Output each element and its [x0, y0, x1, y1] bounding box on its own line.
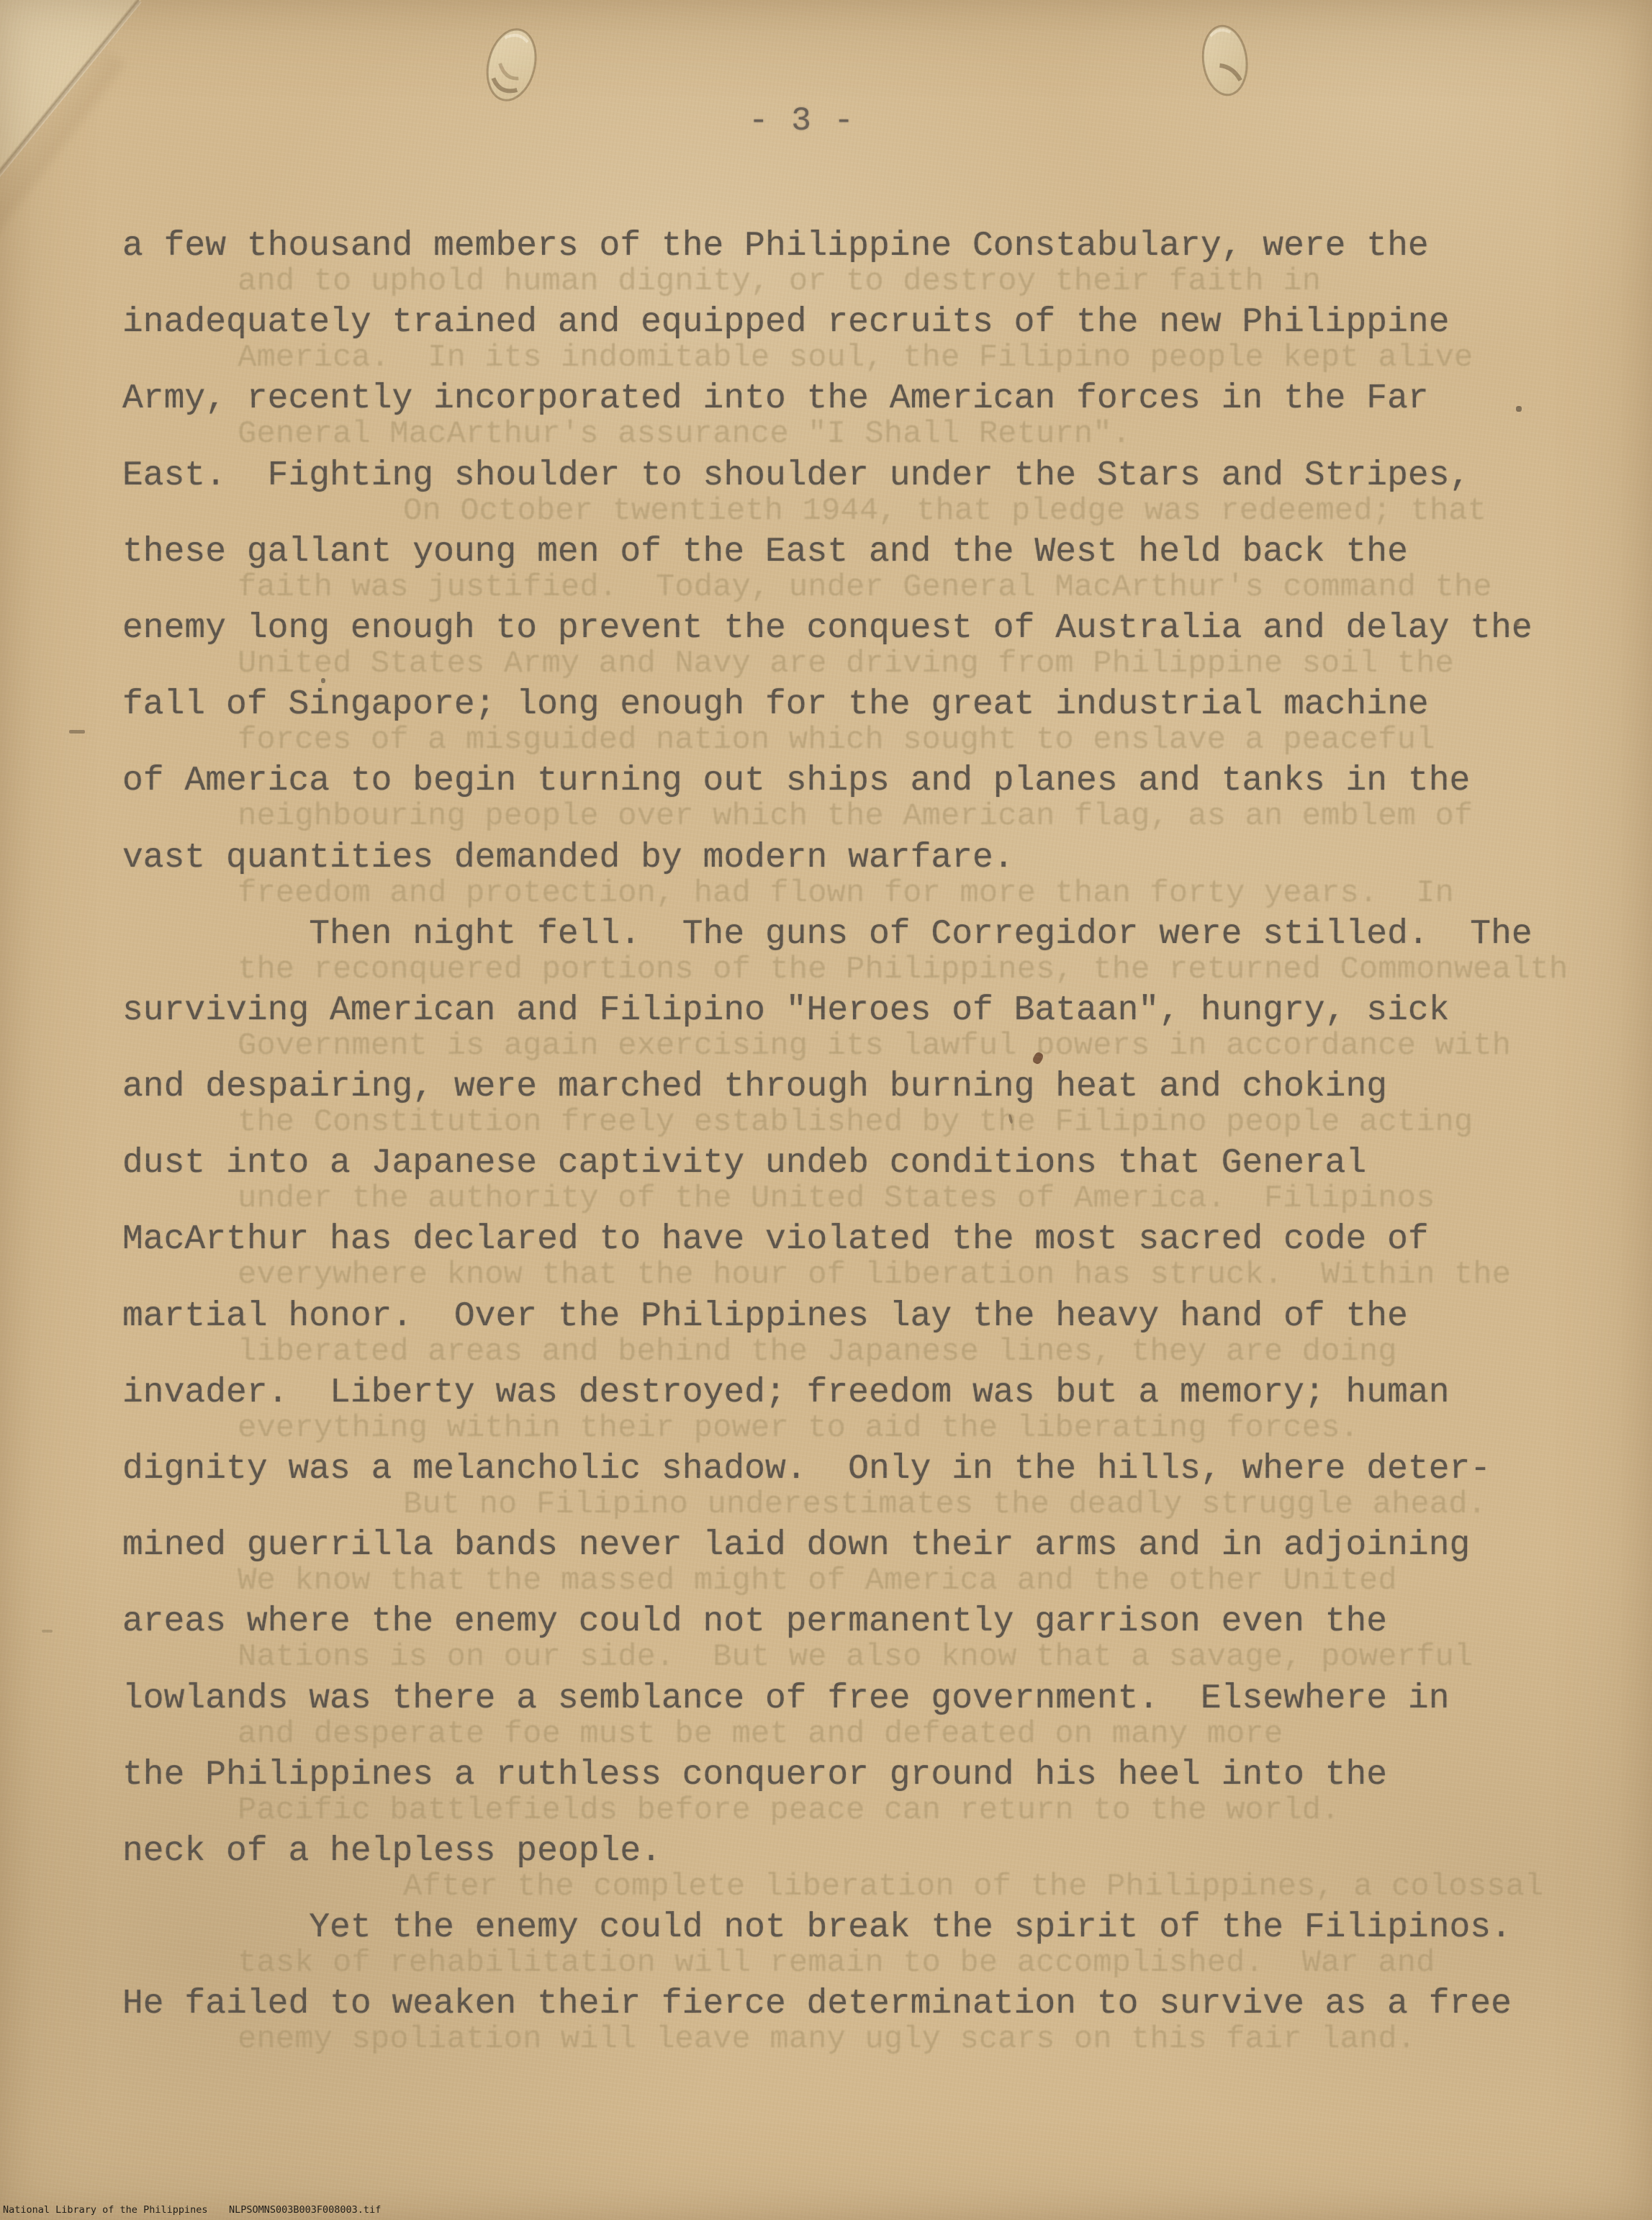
bleedthrough-line: Nations is on our side. But we also know… — [238, 1640, 1473, 1674]
punch-hole-left-graphic — [472, 17, 551, 113]
text-row: He failed to weaken their fierce determi… — [122, 1981, 1652, 2057]
page-fold-corner — [0, 0, 187, 194]
text-row: lowlands was there a semblance of free g… — [122, 1676, 1652, 1752]
text-row: neck of a helpless people. After the com… — [122, 1828, 1652, 1905]
text-row: surviving American and Filipino "Heroes … — [122, 988, 1652, 1064]
text-row: fall of Singapore; long enough for the g… — [122, 682, 1652, 758]
text-row: inadequately trained and equipped recrui… — [122, 299, 1652, 376]
bleedthrough-line: forces of a misguided nation which sough… — [238, 723, 1435, 757]
bleedthrough-line: faith was justified. Today, under Genera… — [238, 570, 1492, 605]
bleedthrough-line: United States Army and Navy are driving … — [238, 646, 1454, 681]
bleedthrough-line: freedom and protection, had flown for mo… — [238, 876, 1454, 911]
typed-line: Yet the enemy could not break the spirit… — [122, 1909, 1512, 1947]
text-row: of America to begin turning out ships an… — [122, 758, 1652, 834]
typed-line: a few thousand members of the Philippine… — [122, 227, 1429, 266]
library-name: National Library of the Philippines — [3, 2204, 207, 2216]
typed-line: enemy long enough to prevent the conques… — [122, 610, 1533, 648]
text-row: East. Fighting shoulder to shoulder unde… — [122, 453, 1652, 529]
text-row: these gallant young men of the East and … — [122, 529, 1652, 605]
bleedthrough-line: the reconquered portions of the Philippi… — [238, 952, 1568, 987]
text-row: and despairing, were marched through bur… — [122, 1064, 1652, 1140]
text-row: the Philippines a ruthless conqueror gro… — [122, 1752, 1652, 1828]
typed-line: invader. Liberty was destroyed; freedom … — [122, 1374, 1450, 1412]
scan-footer: National Library of the Philippines NLPS… — [0, 2200, 1652, 2220]
bleedthrough-line: enemy spoliation will leave many ugly sc… — [238, 2022, 1416, 2057]
paper-speck — [42, 1630, 53, 1633]
bleedthrough-line: task of rehabilitation will remain to be… — [238, 1946, 1435, 1980]
scanned-document-page: - 3 - a few thousand members of the Phil… — [0, 0, 1652, 2220]
text-row: dignity was a melancholic shadow. Only i… — [122, 1446, 1652, 1522]
bleedthrough-line: We know that the massed might of America… — [238, 1564, 1397, 1598]
text-row: Army, recently incorporated into the Ame… — [122, 376, 1652, 452]
bleedthrough-line: Pacific battlefields before peace can re… — [238, 1793, 1340, 1828]
text-row: Yet the enemy could not break the spirit… — [122, 1905, 1652, 1981]
typed-line: vast quantities demanded by modern warfa… — [122, 839, 1014, 877]
typed-line: dust into a Japanese captivity undeb con… — [122, 1145, 1366, 1183]
page-number: - 3 - — [749, 102, 855, 140]
text-row: dust into a Japanese captivity undeb con… — [122, 1140, 1652, 1217]
text-row: MacArthur has declared to have violated … — [122, 1217, 1652, 1293]
bleedthrough-line: But no Filipino underestimates the deadl… — [403, 1487, 1486, 1522]
typewritten-text: a few thousand members of the Philippine… — [122, 223, 1652, 2058]
paper-speck — [69, 730, 85, 734]
typed-line: these gallant young men of the East and … — [122, 533, 1408, 572]
bleedthrough-line: the Constitution freely established by t… — [238, 1105, 1473, 1140]
typed-line: East. Fighting shoulder to shoulder unde… — [122, 457, 1470, 495]
fold-crease-shadow — [0, 37, 125, 305]
typed-line: mined guerrilla bands never laid down th… — [122, 1527, 1470, 1565]
bleedthrough-line: General MacArthur's assurance "I Shall R… — [238, 417, 1131, 451]
typed-line: Army, recently incorporated into the Ame… — [122, 380, 1429, 418]
bleedthrough-line: and to uphold human dignity, or to destr… — [238, 264, 1321, 299]
typed-line: the Philippines a ruthless conqueror gro… — [122, 1756, 1387, 1795]
fold-crease-line — [0, 0, 141, 177]
bleedthrough-line: After the complete liberation of the Phi… — [403, 1869, 1543, 1904]
text-row: martial honor. Over the Philippines lay … — [122, 1294, 1652, 1370]
text-row: mined guerrilla bands never laid down th… — [122, 1522, 1652, 1599]
typed-line: areas where the enemy could not permanen… — [122, 1603, 1387, 1641]
bleedthrough-line: neighbouring people over which the Ameri… — [238, 799, 1473, 834]
scan-filename: NLPSOMNS003B003F008003.tif — [229, 2204, 381, 2216]
typed-line: dignity was a melancholic shadow. Only i… — [122, 1450, 1491, 1489]
typed-line: and despairing, were marched through bur… — [122, 1068, 1387, 1106]
punch-hole-right-graphic — [1190, 17, 1260, 104]
bleedthrough-line: under the authority of the United States… — [238, 1181, 1435, 1216]
text-row: areas where the enemy could not permanen… — [122, 1599, 1652, 1675]
typed-line: inadequately trained and equipped recrui… — [122, 304, 1450, 342]
typed-line: MacArthur has declared to have violated … — [122, 1221, 1429, 1259]
bleedthrough-line: everything within their power to aid the… — [238, 1411, 1359, 1445]
bleedthrough-line: everywhere know that the hour of liberat… — [238, 1258, 1511, 1292]
text-row: invader. Liberty was destroyed; freedom … — [122, 1370, 1652, 1446]
typed-line: surviving American and Filipino "Heroes … — [122, 992, 1450, 1030]
text-row: vast quantities demanded by modern warfa… — [122, 835, 1652, 911]
bleedthrough-line: Government is again exercising its lawfu… — [238, 1029, 1511, 1063]
bleedthrough-line: On October twentieth 1944, that pledge w… — [403, 494, 1486, 528]
text-row: a few thousand members of the Philippine… — [122, 223, 1652, 299]
typed-line: neck of a helpless people. — [122, 1833, 662, 1871]
bleedthrough-line: America. In its indomitable soul, the Fi… — [238, 340, 1473, 375]
typed-line: lowlands was there a semblance of free g… — [122, 1680, 1450, 1718]
punch-hole-left — [471, 17, 551, 117]
bleedthrough-line: liberated areas and behind the Japanese … — [238, 1335, 1397, 1369]
typed-line: fall of Singapore; long enough for the g… — [122, 686, 1429, 724]
typed-line: He failed to weaken their fierce determi… — [122, 1985, 1512, 2023]
typed-line: Then night fell. The guns of Corregidor … — [122, 916, 1533, 954]
typed-line: of America to begin turning out ships an… — [122, 762, 1470, 800]
punch-hole-right — [1190, 17, 1260, 107]
text-row: enemy long enough to prevent the conques… — [122, 605, 1652, 682]
typed-line: martial honor. Over the Philippines lay … — [122, 1298, 1408, 1336]
text-row: Then night fell. The guns of Corregidor … — [122, 911, 1652, 988]
bleedthrough-line: and desperate foe must be met and defeat… — [238, 1717, 1283, 1751]
